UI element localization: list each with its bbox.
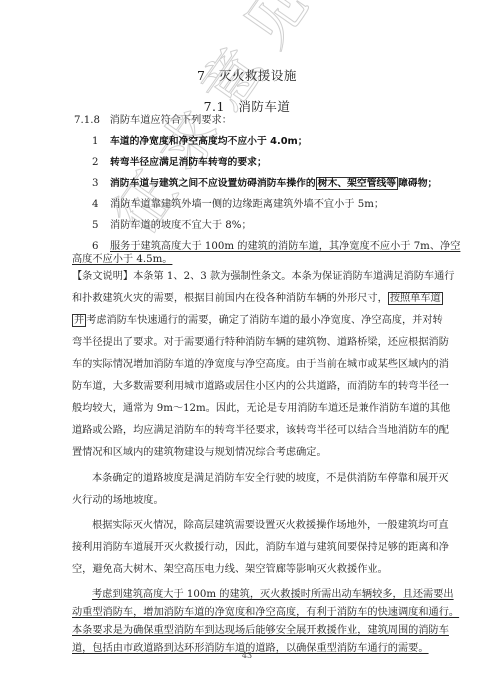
chapter-title-text: 灭火救援设施 xyxy=(219,68,297,83)
section-number: 7.1 xyxy=(204,99,225,114)
explanation-line: 弯半径提出了要求。对于需要通行特种消防车辆的建筑物、道路桥梁，还应根据消防 xyxy=(72,336,449,350)
explanation-line: 【条文说明】本条第 1、2、3 款为强制性条文。本条为保证消防车道满足消防车通行 xyxy=(72,270,454,284)
explanation-label: 【条文说明】 xyxy=(72,271,133,282)
mandatory-item-text: 转弯半径应满足消防车转弯的要求； xyxy=(110,157,267,168)
list-item: 6服务于建筑高度大于 100m 的建筑的消防车道，其净宽度不应小于 7m、净空 xyxy=(92,240,460,254)
revised-item-text: 服务于建筑高度大于 100m 的建筑的消防车道，其净宽度不应小于 7m、净空 xyxy=(110,241,460,252)
clause-number: 7.1.8 xyxy=(74,115,100,126)
revision-box: 树木、架空管线等 xyxy=(316,177,398,190)
explanation-line: 置情况和区域内的建筑物建设与规划情况综合考虑确定。 xyxy=(72,446,327,460)
explanation-line: 车的实际情况增加消防车道的净宽度与净空高度。由于当前在城市或某些区域内的消 xyxy=(72,358,449,372)
clause-intro: 消防车道应符合下列要求： xyxy=(110,115,232,126)
list-item: 3消防车道与建筑之间不应设置妨碍消防车操作的树木、架空管线等障碍物； xyxy=(92,177,437,191)
revised-explanation-line: 动重型消防车，增加消防车道的净宽度和净空高度，有利于消防车的快速调度和通行。 xyxy=(72,606,459,620)
revision-box: 按照单车道 xyxy=(388,292,443,305)
explanation-line: 接利用消防车道展开灭火救援行动，因此，消防车道与建筑间要保持足够的距离和净 xyxy=(72,541,449,555)
section-title: 7.1 消防车道 xyxy=(0,97,494,115)
mandatory-item-text: 车道的净宽度和净空高度均不应小于 4.0m； xyxy=(110,136,308,147)
document-page: 征求意见稿 7 灭火救援设施 7.1 消防车道 7.1.8 消防车道应符合下列要… xyxy=(0,0,494,700)
explanation-line: 根据实际灭火情况，除高层建筑需要设置灭火救援操作场地外，一般建筑均可直 xyxy=(92,519,449,533)
explanation-line: 道路或公路，均应满足消防车的转弯半径要求，该转弯半径可以结合当地消防车的配 xyxy=(72,424,449,438)
explanation-line: 本条确定的道路坡度是满足消防车安全行驶的坡度，不是供消防车停靠和展开灭 xyxy=(92,472,449,486)
list-item: 5消防车道的坡度不宜大于 8%； xyxy=(92,219,252,233)
revision-box: 并 xyxy=(72,314,86,327)
list-item: 2转弯半径应满足消防车转弯的要求； xyxy=(92,156,267,170)
list-item-continuation: 高度不应小于 4.5m。 xyxy=(72,253,172,267)
chapter-number: 7 xyxy=(197,68,205,83)
revised-explanation-line: 考虑到建筑高度大于 100m 的建筑，灭火救援时所需出动车辆较多，且还需要出 xyxy=(92,588,454,602)
list-item: 1车道的净宽度和净空高度均不应小于 4.0m； xyxy=(92,135,308,149)
explanation-line: 般均较大，通常为 9m～12m。因此，无论是专用消防车道还是兼作消防车道的其他 xyxy=(72,402,450,416)
list-item: 4消防车道靠建筑外墙一侧的边缘距离建筑外墙不宜小于 5m； xyxy=(92,198,384,212)
explanation-line: 空，避免高大树木、架空高压电力线、架空管廊等影响灭火救援作业。 xyxy=(72,563,388,577)
revised-explanation-line: 本条要求是为确保重型消防车到达现场后能够安全展开救援作业，建筑周围的消防车 xyxy=(72,624,449,638)
explanation-line: 防车道，大多数需要利用城市道路或居住小区内的公共道路，而消防车的转弯半径一 xyxy=(72,380,449,394)
page-number: 43 xyxy=(0,651,494,660)
explanation-line: 和扑救建筑火灾的需要，根据目前国内在役各种消防车辆的外形尺寸，按照单车道 xyxy=(72,292,443,306)
chapter-title: 7 灭火救援设施 xyxy=(0,66,494,84)
explanation-line: 并考虑消防车快速通行的需要，确定了消防车道的最小净宽度、净空高度，并对转 xyxy=(72,314,443,328)
explanation-line: 火行动的场地坡度。 xyxy=(72,494,164,508)
section-title-text: 消防车道 xyxy=(238,99,290,114)
clause-heading: 7.1.8 消防车道应符合下列要求： xyxy=(74,114,232,128)
